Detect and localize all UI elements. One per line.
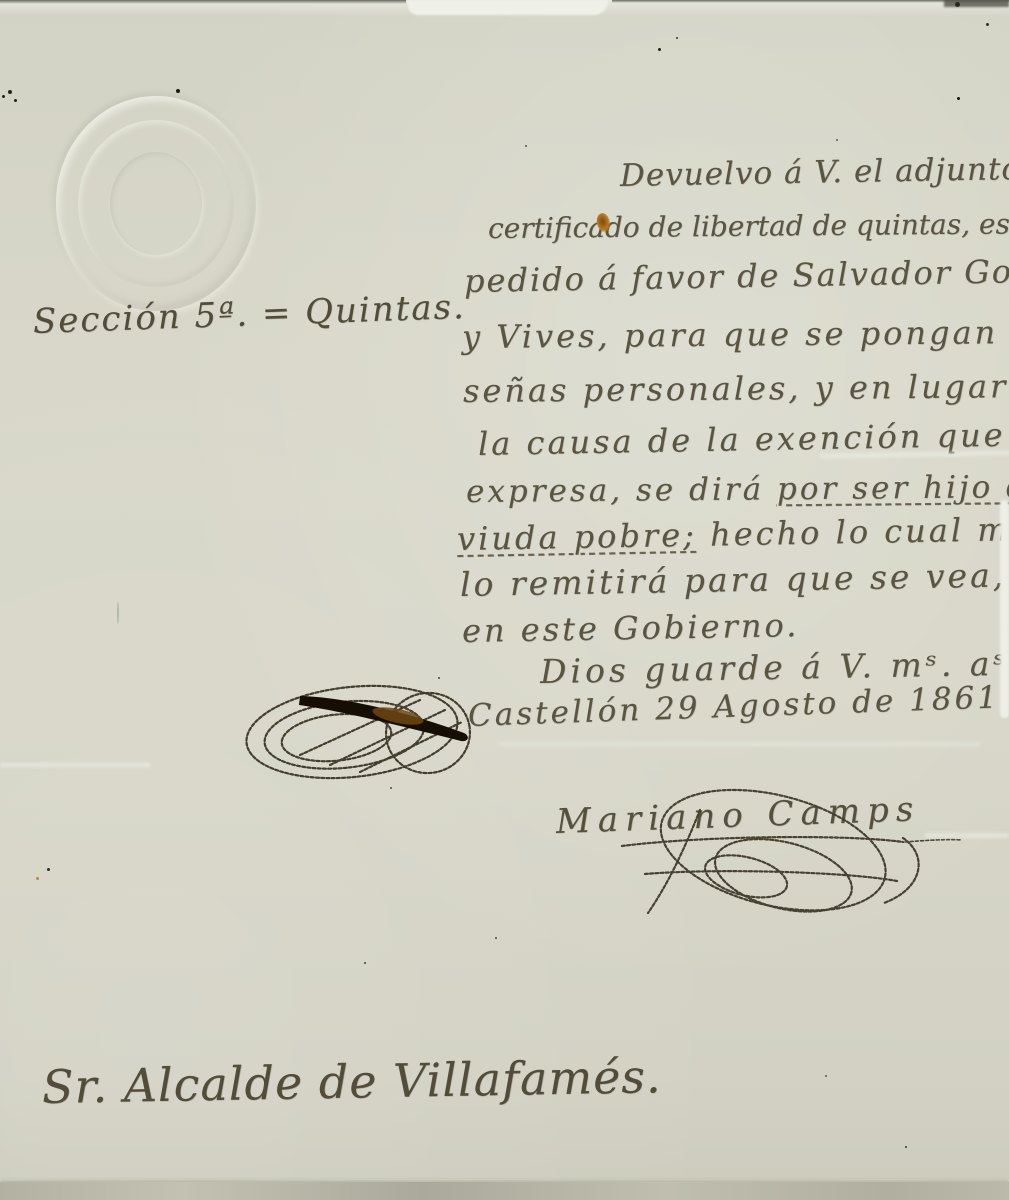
dust-speck [525,145,527,147]
dust-speck [957,97,960,100]
paper-fold-highlight [408,0,608,15]
left-rubric [242,676,476,788]
manuscript-line: viuda pobre; hecho lo cual me — [457,509,1009,558]
dust-speck [2,95,5,98]
dust-speck [8,90,12,94]
paper-crease [500,742,980,746]
signature: Mariano Camps [555,789,921,842]
dust-speck [836,139,838,141]
dust-speck [986,23,989,26]
manuscript-line: certificado de libertad de quintas, es- [488,207,1009,245]
scanned-letter-page: Sección 5ª. = Quintas. Devuelvo á V. el … [0,0,1009,1200]
scan-corner-shadow [944,0,1009,7]
dust-speck [495,937,497,939]
dust-speck [676,37,678,39]
dust-speck [364,962,366,964]
dust-speck [47,868,50,871]
dust-speck [658,48,661,51]
dust-speck [176,89,180,93]
dust-speck [117,602,119,624]
dust-speck [390,787,392,789]
manuscript-line: pedido á favor de Salvador Gomez [464,251,1009,300]
dust-speck [825,1075,827,1077]
dust-speck [905,1146,907,1148]
scan-right-edge-highlight [1000,500,1009,718]
dust-speck [955,2,960,7]
dust-speck [438,677,440,679]
scan-edge-shadow [0,0,406,4]
manuscript-line: lo remitirá para que se vea, [460,555,1007,604]
scan-bottom-edge [0,1182,1009,1200]
manuscript-line: en este Gobierno. [462,606,800,650]
section-note: Sección 5ª. = Quintas. [32,287,466,342]
embossed-seal [56,96,256,311]
addressee-line: Sr. Alcalde de Villafamés. [42,1049,662,1114]
embossed-seal-crest [110,152,202,255]
manuscript-line: y Vives, para que se pongan las [462,313,1009,356]
dust-speck [14,99,17,102]
paper-crease [0,763,150,767]
manuscript-line: señas personales, y en lugar de [463,367,1009,410]
dust-speck [36,877,39,880]
manuscript-line: Devuelvo á V. el adjunto— [620,150,1009,194]
ink-blot [299,696,468,741]
manuscript-line: expresa, se dirá por ser hijo de [466,469,1009,510]
paper-crease [925,833,1009,838]
